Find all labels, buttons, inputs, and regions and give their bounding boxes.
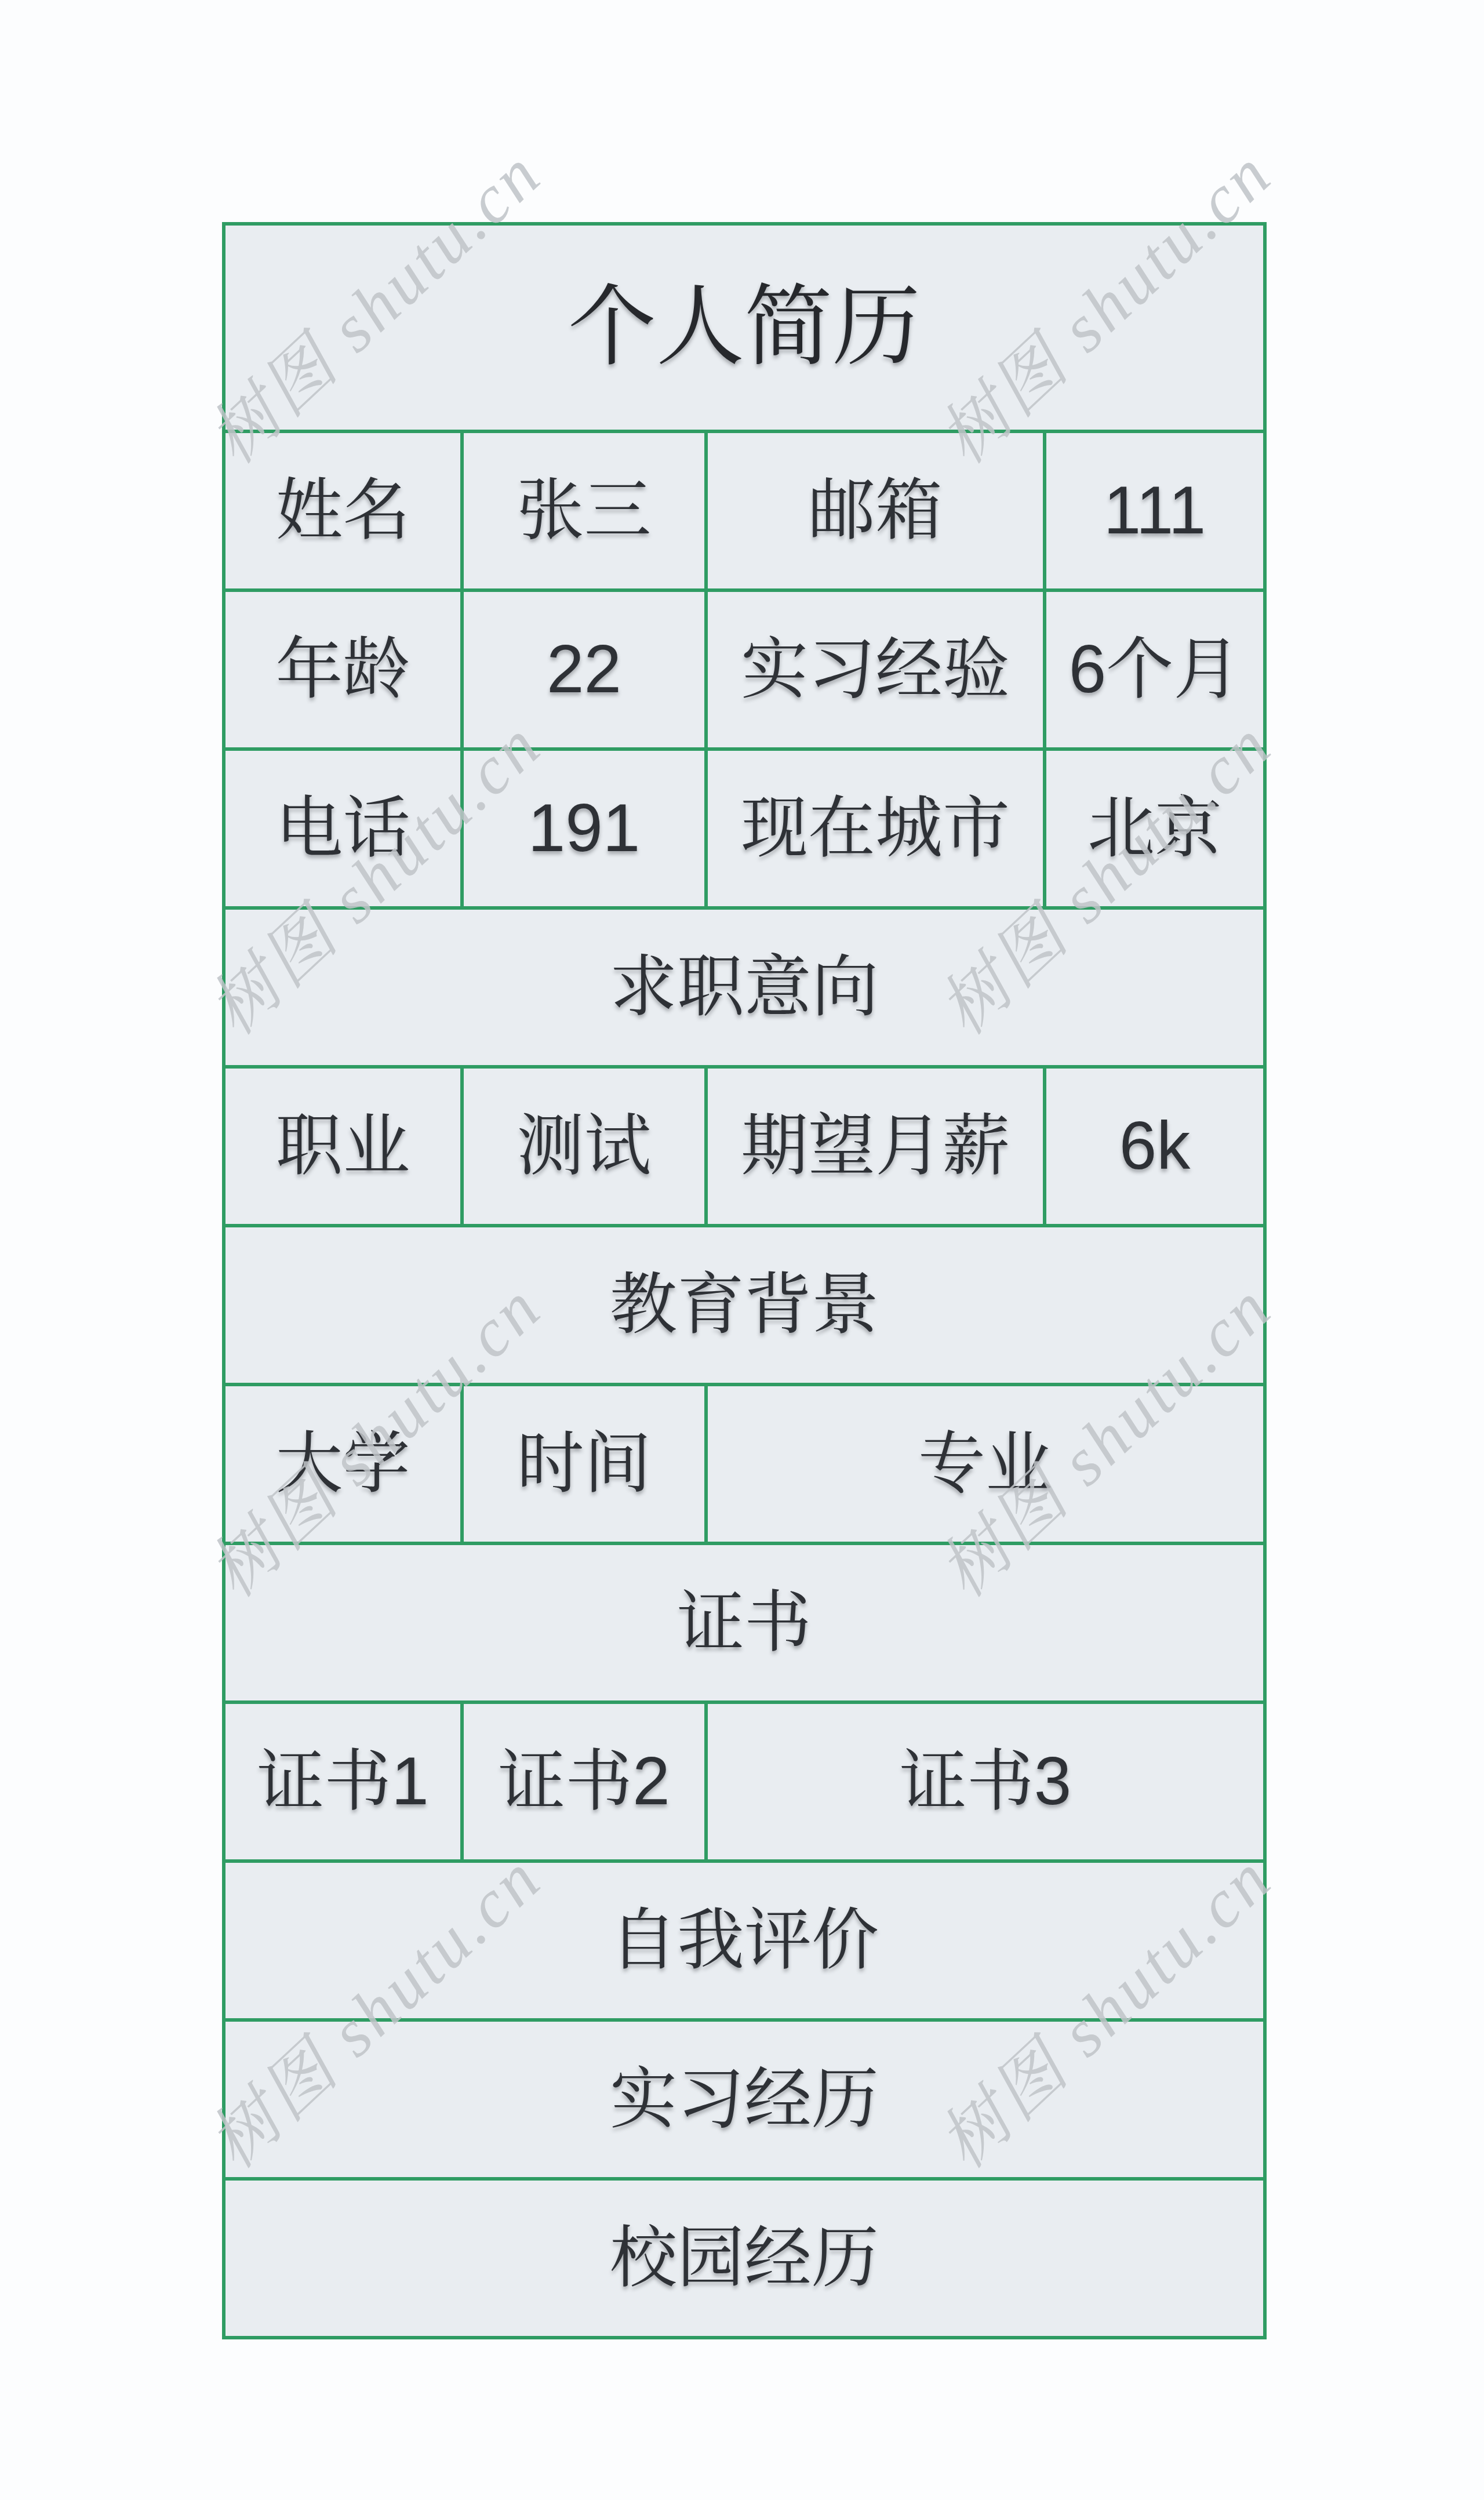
age-label: 年龄 <box>224 590 462 749</box>
page: { "page": { "watermark_text": "树图 shutu.… <box>0 0 1484 2500</box>
section-row: 自我评价 <box>224 1861 1265 2020</box>
email-label: 邮箱 <box>706 431 1045 590</box>
time-header: 时间 <box>462 1385 706 1543</box>
university-header: 大学 <box>224 1385 462 1543</box>
table-row: 姓名 张三 邮箱 111 <box>224 431 1265 590</box>
table-row: 年龄 22 实习经验 6个月 <box>224 590 1265 749</box>
city-label: 现在城市 <box>706 749 1045 908</box>
table-row: 职业 测试 期望月薪 6k <box>224 1067 1265 1226</box>
certificate-2: 证书2 <box>462 1702 706 1861</box>
expected-salary-label: 期望月薪 <box>706 1067 1045 1226</box>
section-education: 教育背景 <box>224 1226 1265 1385</box>
phone-label: 电话 <box>224 749 462 908</box>
resume-table: 个人简历 姓名 张三 邮箱 111 年龄 22 实习经验 6个月 电话 191 … <box>222 222 1267 2339</box>
section-row: 求职意向 <box>224 908 1265 1067</box>
resume-title: 个人简历 <box>224 224 1265 431</box>
table-row: 大学 时间 专业 <box>224 1385 1265 1543</box>
internship-exp-value: 6个月 <box>1045 590 1265 749</box>
section-job-intention: 求职意向 <box>224 908 1265 1067</box>
section-self-evaluation: 自我评价 <box>224 1861 1265 2020</box>
section-internship-experience: 实习经历 <box>224 2020 1265 2179</box>
certificate-3: 证书3 <box>706 1702 1265 1861</box>
table-row: 证书1 证书2 证书3 <box>224 1702 1265 1861</box>
table-row: 电话 191 现在城市 北京 <box>224 749 1265 908</box>
section-row: 教育背景 <box>224 1226 1265 1385</box>
name-label: 姓名 <box>224 431 462 590</box>
city-value: 北京 <box>1045 749 1265 908</box>
email-value: 111 <box>1045 431 1265 590</box>
age-value: 22 <box>462 590 706 749</box>
name-value: 张三 <box>462 431 706 590</box>
phone-value: 191 <box>462 749 706 908</box>
internship-exp-label: 实习经验 <box>706 590 1045 749</box>
section-row: 实习经历 <box>224 2020 1265 2179</box>
section-row: 证书 <box>224 1543 1265 1702</box>
section-campus-experience: 校园经历 <box>224 2179 1265 2338</box>
major-header: 专业 <box>706 1385 1265 1543</box>
section-certificates: 证书 <box>224 1543 1265 1702</box>
occupation-label: 职业 <box>224 1067 462 1226</box>
occupation-value: 测试 <box>462 1067 706 1226</box>
section-row: 校园经历 <box>224 2179 1265 2338</box>
expected-salary-value: 6k <box>1045 1067 1265 1226</box>
certificate-1: 证书1 <box>224 1702 462 1861</box>
